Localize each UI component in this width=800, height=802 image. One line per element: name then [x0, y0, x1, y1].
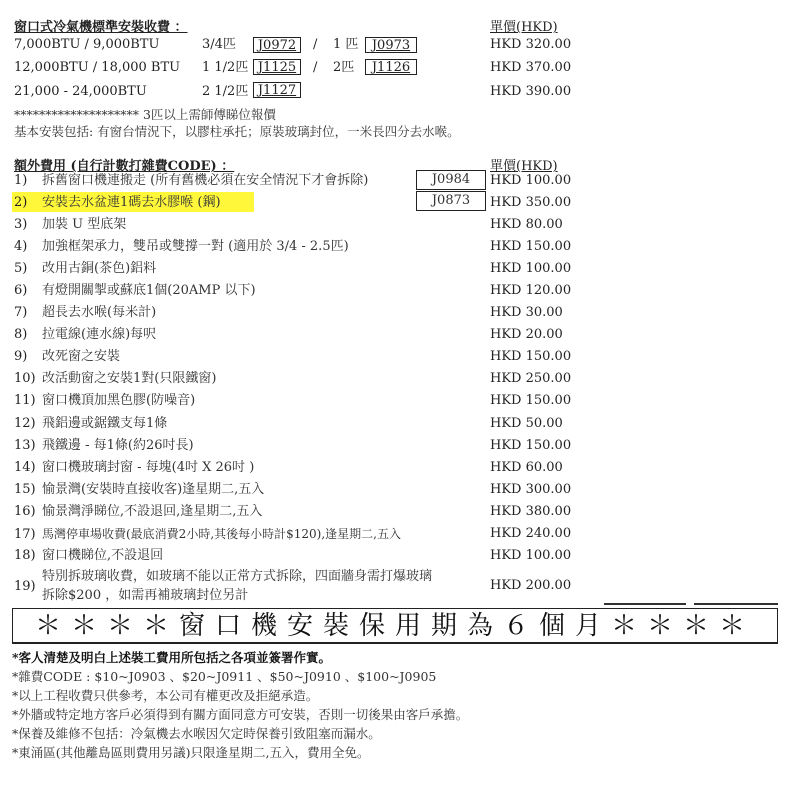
item-number: 18) — [14, 548, 42, 564]
item-description: 窗口機睇位,不設退回 — [42, 548, 163, 563]
item-description: 愉景灣淨睇位,不設退回,逢星期二,五入 — [42, 504, 262, 519]
price-value: HKD 320.00 — [490, 37, 571, 52]
price-value: HKD 30.00 — [490, 305, 563, 320]
notes-list: *客人清楚及明白上述裝工費用所包括之各項並簽署作實。 *雜費CODE : $10… — [12, 648, 468, 762]
price-value: HKD 100.00 — [490, 261, 571, 276]
separator: / — [313, 60, 317, 76]
price-value: HKD 80.00 — [490, 217, 563, 232]
item-number: 2) — [14, 195, 42, 211]
item-description: 拉電線(連水線)每呎 — [42, 327, 156, 342]
note-item: *東涌區(其他離島區則費用另議)只限逢星期二,五入，費用全免。 — [12, 743, 468, 762]
signature-line — [604, 603, 686, 605]
item-description: 有燈開關掣或蘇底1個(20AMP 以下) — [42, 283, 256, 298]
code-box: J1125 — [253, 59, 301, 75]
price-value: HKD 20.00 — [490, 327, 563, 342]
separator: / — [313, 37, 317, 53]
hp-label: 2 1/2匹 — [202, 84, 248, 100]
item-description: 超長去水喉(每米計) — [42, 305, 156, 320]
item-number: 14) — [14, 460, 42, 476]
item-description: 飛鐵邊 - 每1條(約26吋長) — [42, 438, 194, 453]
hp-label: 3/4匹 — [202, 37, 236, 53]
item-description: 飛鋁邊或鋸鐵支每1條 — [42, 416, 167, 431]
hp-label: 1 匹 — [333, 37, 358, 53]
item-description: 改死窗之安裝 — [42, 349, 120, 364]
item-number: 16) — [14, 504, 42, 520]
item-description: 窗口機頂加黑色膠(防噪音) — [42, 393, 195, 408]
price-value: HKD 100.00 — [490, 548, 571, 563]
code-box: J1126 — [365, 59, 417, 75]
item-description: 馬灣停車場收費(最底消費2小時,其後每小時計$120),逢星期二,五入 — [42, 527, 401, 541]
note-basic-installation: 基本安裝包括: 有窗台情況下，以膠柱承托；原裝玻璃封位，一米長四分去水喉。 — [14, 124, 460, 140]
price-value: HKD 350.00 — [490, 195, 571, 210]
hp-label: 1 1/2匹 — [202, 60, 248, 76]
code-box: J0973 — [365, 37, 417, 53]
price-value: HKD 240.00 — [490, 526, 571, 541]
extra-section-title: 額外費用 (自行計數打雜費CODE) ： — [14, 155, 234, 174]
note-item: *保養及維修不包括：冷氣機去水喉因欠定時保養引致阻塞而漏水。 — [12, 724, 468, 743]
btu-label: 12,000BTU / 18,000 BTU — [14, 60, 180, 76]
price-value: HKD 250.00 — [490, 371, 571, 386]
item-number: 12) — [14, 416, 42, 432]
btu-label: 21,000 - 24,000BTU — [14, 84, 147, 100]
signature-line — [694, 603, 778, 605]
note-item: *雜費CODE : $10~J0903 、$20~J0911 、$50~J091… — [12, 667, 468, 686]
item-number: 6) — [14, 283, 42, 299]
item-number: 15) — [14, 482, 42, 498]
item-number: 17) — [14, 527, 42, 543]
item-description: 特別拆玻璃收費，如玻璃不能以正常方式拆除，四面牆身需打爆玻璃 — [42, 569, 432, 585]
price-value: HKD 200.00 — [490, 578, 571, 593]
price-value: HKD 50.00 — [490, 416, 563, 431]
note-item: *以上工程收費只供參考，本公司有權更改及拒絕承造。 — [12, 686, 468, 705]
note-item: *外牆或特定地方客戶必須得到有關方面同意方可安裝，否則一切後果由客戶承擔。 — [12, 705, 468, 724]
btu-label: 7,000BTU / 9,000BTU — [14, 37, 159, 53]
item-number: 13) — [14, 438, 42, 454]
price-value: HKD 390.00 — [490, 84, 571, 99]
item-number: 3) — [14, 217, 42, 233]
item-description: 加強框架承力，雙吊或雙撐一對 (適用於 3/4 - 2.5匹) — [42, 239, 349, 254]
item-description: 改用古銅(茶色)鋁料 — [42, 261, 156, 276]
price-value: HKD 60.00 — [490, 460, 563, 475]
warranty-banner: ＊＊＊＊窗口機安裝保用期為６個月＊＊＊＊ — [12, 608, 778, 644]
item-number: 19) — [14, 579, 42, 595]
item-number: 5) — [14, 261, 42, 277]
item-number: 8) — [14, 327, 42, 343]
extra-price-header: 單價(HKD) — [490, 155, 558, 174]
item-description: 窗口機玻璃封窗 - 每塊(4吋 X 26吋 ) — [42, 460, 254, 475]
item-number: 4) — [14, 239, 42, 255]
price-value: HKD 120.00 — [490, 283, 571, 298]
item-description: 改活動窗之安裝1對(只限鐵窗) — [42, 371, 216, 386]
price-value: HKD 150.00 — [490, 438, 571, 453]
item-number: 7) — [14, 305, 42, 321]
item-number: 10) — [14, 371, 42, 387]
code-box: J1127 — [253, 82, 301, 98]
code-box: J0873 — [416, 191, 486, 211]
price-value: HKD 150.00 — [490, 239, 571, 254]
price-value: HKD 100.00 — [490, 173, 571, 188]
code-box: J0972 — [253, 37, 301, 53]
item-number: 11) — [14, 393, 42, 409]
note-stars: ******************** 3匹以上需師傅睇位報價 — [14, 107, 276, 123]
item-description: 安裝去水盆連1碼去水膠喉 (鋼) — [42, 195, 221, 210]
note-item: *客人清楚及明白上述裝工費用所包括之各項並簽署作實。 — [12, 648, 468, 667]
price-value: HKD 150.00 — [490, 349, 571, 364]
item-description: 拆舊窗口機連搬走 (所有舊機必須在安全情況下才會拆除) — [42, 173, 368, 188]
price-value: HKD 150.00 — [490, 393, 571, 408]
item-description: 愉景灣(安裝時直接收客)逢星期二,五入 — [42, 482, 264, 497]
item-description: 加裝 U 型底架 — [42, 217, 126, 232]
item-number: 1) — [14, 173, 42, 189]
price-value: HKD 380.00 — [490, 504, 571, 519]
item-number: 9) — [14, 349, 42, 365]
standard-price-header: 單價(HKD) — [490, 16, 558, 35]
item-description-line2: 拆除$200 ，如需再補玻璃封位另計 — [42, 588, 248, 604]
hp-label: 2匹 — [333, 60, 354, 76]
standard-section-title: 窗口式冷氣機標準安裝收費 ： — [14, 16, 188, 35]
code-box: J0984 — [416, 170, 486, 190]
price-value: HKD 370.00 — [490, 60, 571, 75]
price-value: HKD 300.00 — [490, 482, 571, 497]
